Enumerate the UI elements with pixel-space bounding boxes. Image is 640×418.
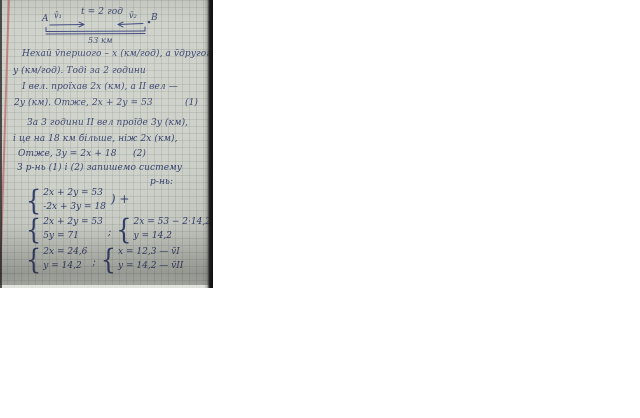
solution-line-5: За 3 години II вел проїде 3y (км), [27,118,188,129]
point-b-label: B [151,13,158,24]
solution-line-7: Отже, 3y = 2x + 18 [18,149,117,160]
system-3-right-equation-1: x = 12,3 — v̄I [118,246,183,260]
distance-label: 53 км [88,35,113,46]
system-1-addition-note: ) + [111,192,130,206]
system-3-right-brace: { [101,245,116,275]
equation-system-3: { 2x = 24,6 y = 14,2 ; { x = 12,3 — v̄I … [26,246,183,273]
system-2-left-brace: { [26,215,41,245]
point-a-label: A [42,14,49,25]
notebook-photo: A v̄₁ t = 2 год v̄₂ B 53 км Нехай v̄перш… [0,0,213,288]
system-2-left-equation-2: 5y = 71 [43,230,103,244]
image-canvas: A v̄₁ t = 2 год v̄₂ B 53 км Нехай v̄перш… [0,0,640,418]
time-label: t = 2 год [81,7,123,18]
system-2-right-equation-1: 2x = 53 − 2·14,2 [134,216,211,230]
point-b-dot [148,21,151,24]
system-1-brace: { [26,186,41,216]
solution-line-4: 2y (км). Отже, 2x + 2y = 53 [14,98,153,109]
system-1-equation-2: -2x + 3y = 18 [43,201,106,215]
system-3-left-brace: { [26,245,41,275]
system-3-separator: ; [92,257,95,268]
solution-line-3: I вел. проїхав 2x (км), а II вел — [22,82,178,93]
system-3-left-equation-2: y = 14,2 [43,260,87,274]
equation-mark-2: (2) [133,149,146,160]
system-3-right-equation-2: y = 14,2 — v̄II [118,260,183,274]
solution-line-1: Нехай v̄першого – x (км/год), а v̄другог… [22,49,213,60]
system-2-right-brace: { [116,215,131,245]
solution-line-9: р-нь: [150,177,173,188]
system-1-equation-1: 2x + 2y = 53 [43,187,106,201]
system-2-left-equation-1: 2x + 2y = 53 [43,216,103,230]
notebook-page-edge [204,0,213,288]
solution-line-2: y (км/год). Тоді за 2 години [13,66,146,77]
photo-bottom-paper-edge [0,285,213,288]
velocity1-label: v̄₁ [54,10,62,21]
photo-left-edge [0,0,2,288]
equation-system-2: { 2x + 2y = 53 5y = 71 ; { 2x = 53 − 2·1… [26,216,211,243]
velocity2-label: v̄₂ [129,10,137,21]
system-2-right-equation-2: y = 14,2 [134,230,211,244]
equation-system-1: { 2x + 2y = 53 -2x + 3y = 18 ) + [26,187,129,214]
equation-mark-1: (1) [185,98,198,109]
solution-line-6: і це на 18 км більше, ніж 2x (км), [13,134,178,145]
system-3-left-equation-1: 2x = 24,6 [43,246,87,260]
system-2-separator: ; [108,227,111,238]
solution-line-8: З р-нь (1) і (2) запишемо систему [17,163,182,174]
